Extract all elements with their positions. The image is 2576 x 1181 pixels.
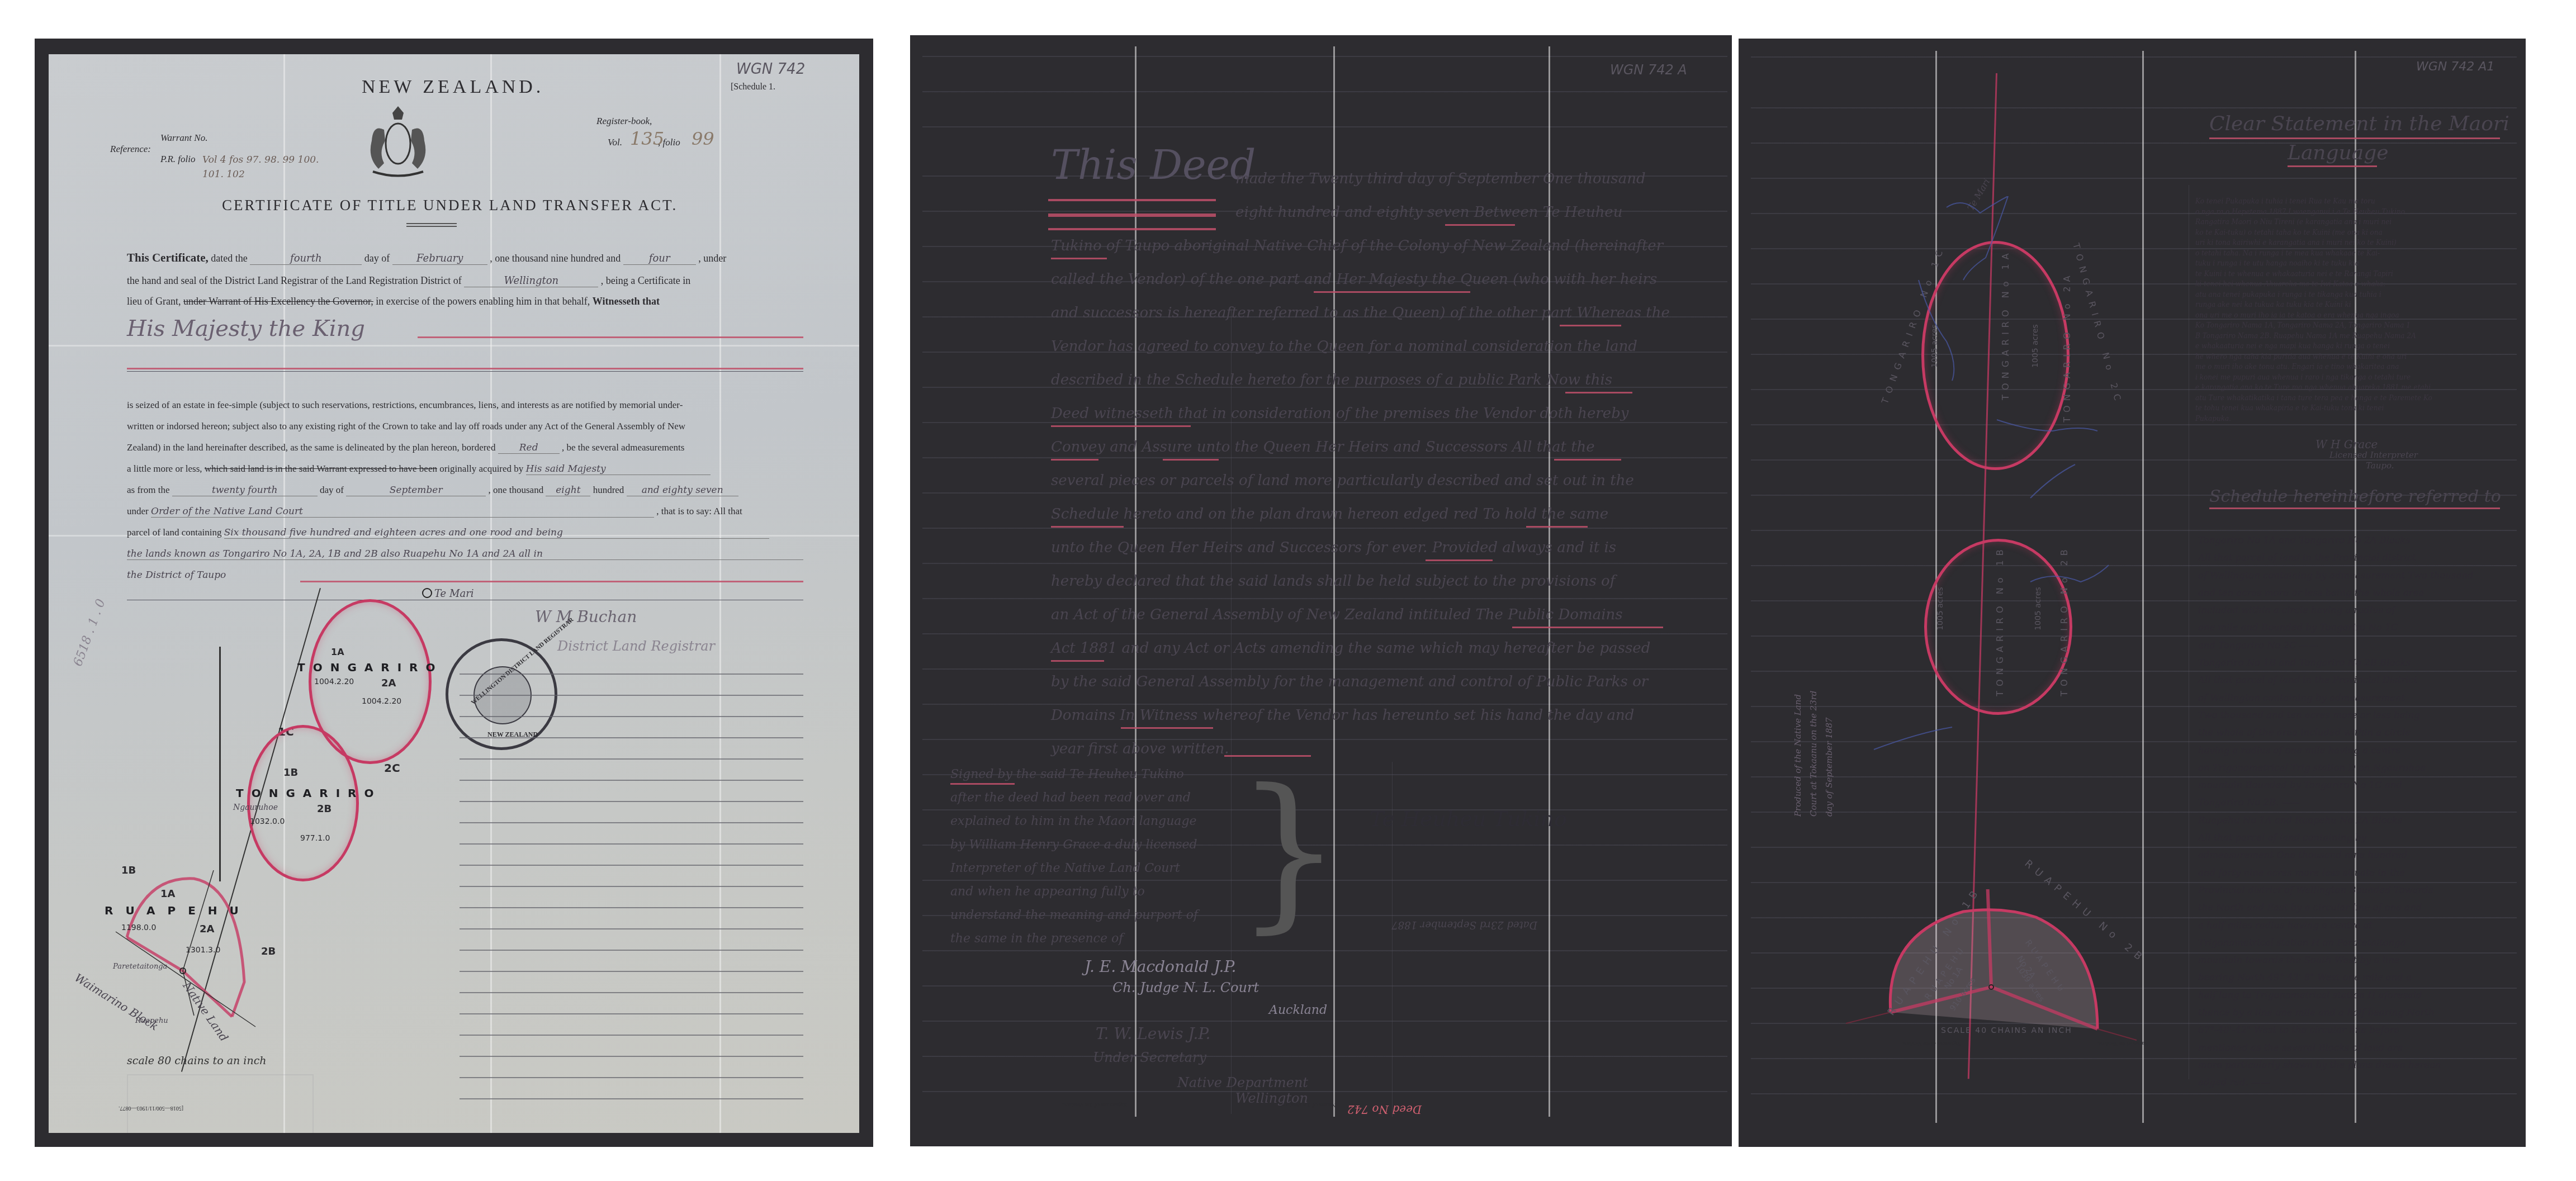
schedule-label: [Schedule 1. (731, 82, 775, 92)
cert-line-3: lieu of Grant, under Warrant of His Exce… (127, 296, 660, 307)
maori-text-block: Ko tenei Pukapuka i tuhia i tenei Rua te… (2195, 196, 2514, 424)
cert-para2-l3: Zealand) in the land hereinafter describ… (127, 442, 684, 454)
area-2b: 977.1.0 (300, 834, 330, 843)
ruapehu-lot-2a: 2A (200, 923, 214, 935)
certificate-title: CERTIFICATE OF TITLE UNDER LAND TRANSFER… (222, 197, 678, 214)
ruapehu-lot-2b: 2B (261, 946, 276, 957)
witness-1-title: Ch. Judge N. L. Court (1112, 980, 1259, 995)
cert-para2-l2: written or indorsed hereon; subject also… (127, 421, 685, 432)
cert-line-1: This Certificate, dated the fourth day o… (127, 251, 726, 265)
deed-line-6: described in the Schedule hereto for the… (1051, 372, 1612, 388)
witness-2-name: T. W. Lewis J.P. (1096, 1025, 1210, 1043)
lot-2a: 2A (381, 677, 396, 689)
schedule-mount: WGN 742 A1 Clear Statement in the Maori … (1739, 39, 2526, 1147)
attestation-line-6: understand the meaning and purport of (950, 908, 1198, 922)
lot-1a: 1A (331, 647, 344, 657)
cert-under: under Order of the Native Land Court , t… (127, 506, 742, 518)
ruapehu-label: RUAPEHU (105, 904, 251, 917)
attestation-line-2: explained to him in the Maori language (950, 814, 1197, 828)
vol-label: Vol. (608, 137, 622, 148)
deed-line-7: Deed witnesseth that in consideration of… (1051, 405, 1629, 422)
area-1b: 1032.0.0 (250, 817, 285, 826)
folio-value: 99 (692, 128, 714, 149)
vendor-signature: Te Heuheu Tukino (1370, 807, 1567, 831)
tongariro-bottom-label: TONGARIRO (236, 786, 382, 800)
deed-line-17: year first above written. (1051, 741, 1229, 757)
north-arrow-icon (219, 647, 221, 881)
coat-of-arms-icon (362, 102, 434, 177)
maori-heading-1: Clear Statement in the Maori (2209, 112, 2509, 135)
interpreter-place: Taupo. (2366, 461, 2394, 471)
deed-heading: This Deed (1051, 141, 1256, 188)
checked-box (127, 1074, 314, 1133)
form-label-signatures: Signatures of the Vendors. (1902, 1040, 1961, 1046)
footer-imprint: [5018—500/11/1903—0877. (119, 1105, 183, 1111)
river-lines (1818, 196, 2131, 839)
cert-parcel-3: the District of Taupo (127, 570, 226, 581)
attestation-line-4: Interpreter of the Native Land Court (950, 861, 1180, 875)
deed-line-13: an Act of the General Assembly of New Ze… (1051, 606, 1623, 623)
deed-line-3: called the Vendor) of the one part and H… (1051, 271, 1657, 288)
schedule-text-block: Tongariro No 1A and Tongariro No 2A Bloc… (2198, 532, 2511, 1092)
attestation-line-5: and when he appearing fully to (950, 885, 1145, 899)
deed-line-5: Vendor has agreed to convey to the Queen… (1051, 338, 1637, 355)
trig-icon (422, 588, 432, 598)
te-mari-label: Te Mari (434, 588, 474, 600)
ruapehu-lot-1b: 1B (121, 865, 136, 876)
certificate-paper: WGN 742 [Schedule 1. NEW ZEALAND. Refere… (49, 54, 859, 1133)
deed-line-16: Domains In Witness whereof the Vendor ha… (1051, 707, 1634, 724)
registrar-title: District Land Registrar (557, 638, 715, 654)
attestation-line-0: Signed by the said Te Heuheu Tukino (950, 767, 1184, 781)
form-label-signatures: Signatures of the Vendors. (1062, 1102, 1127, 1108)
ruapehu-lot-1a: 1A (160, 888, 175, 900)
cert-line-2: the hand and seal of the District Land R… (127, 275, 690, 287)
deed-paper: WGN 742 A This Deed made the Twenty thir… (922, 46, 1727, 1117)
form-label-names: Names of the Vendors. (1280, 1102, 1336, 1108)
deed-line-10: Schedule hereto and on the plan drawn he… (1051, 506, 1608, 523)
inverted-endorsement: Dated 23rd September 1887 (1325, 918, 1537, 931)
cert-as-from: as from the twenty fourth day of Septemb… (127, 485, 738, 496)
deed-line-2: Tukino of Taupo aboriginal Native Chief … (1051, 238, 1663, 254)
plan-scale: scale 80 chains to an inch (127, 1055, 267, 1067)
area-2a: 1004.2.20 (362, 697, 401, 706)
lot-1b: 1B (283, 767, 298, 779)
attestation-line-3: by William Henry Grace a duly licensed (950, 838, 1197, 852)
reference-label: Reference: (110, 144, 151, 155)
side-note-rotated: Produced of the Native Land Court at Tok… (1790, 691, 1837, 817)
registrar-signature: W M Buchan (535, 608, 637, 626)
witness-1-place: Auckland (1269, 1003, 1327, 1017)
register-book-label: Register-book, (596, 116, 652, 127)
deed-line-14: Act 1881 and any Act or Acts amending th… (1051, 640, 1650, 657)
margin-note: 6518 . 1 . 0 (71, 597, 108, 668)
red-deed-stamp: Deed No 742 (1347, 1103, 1422, 1116)
interpreter-signature: W H Grace (2315, 438, 2378, 451)
deed-line-12: hereby declared that the said lands shal… (1051, 573, 1615, 590)
pr-folio-value: Vol 4 fos 97. 98. 99 100. 101. 102 (202, 153, 325, 182)
deed-line-9: several pieces or parcels of land more p… (1051, 472, 1634, 489)
lot-2c: 2C (384, 761, 400, 775)
warrant-label: Warrant No. (160, 132, 207, 144)
reference-mark: WGN 742 A (1610, 62, 1687, 78)
pr-folio-label: P.R. folio (160, 154, 196, 165)
form-label-names: Names of the Vendors. (2097, 1040, 2148, 1046)
ruapehu-area-2a: 1301.3.0 (186, 946, 220, 955)
reference-mark: WGN 742 A1 (2416, 60, 2494, 74)
lot-2b: 2B (317, 803, 332, 815)
endorsement-lines (460, 673, 803, 1104)
ngauruhoe-trig-label: Ngauruhoe (233, 803, 278, 812)
cert-parcel: parcel of land containing Six thousand f… (127, 527, 769, 539)
deed-line-1: eight hundred and eighty seven Between T… (1235, 204, 1623, 221)
witness-2-title: Under Secretary (1093, 1050, 1206, 1065)
deed-mount: WGN 742 A This Deed made the Twenty thir… (910, 35, 1732, 1146)
attestation-line-7: the same in the presence of (950, 932, 1123, 946)
maori-heading-2: Language (2288, 141, 2389, 164)
deed-line-4: and successors is hereafter referred to … (1051, 305, 1670, 321)
map-scale: SCALE 40 CHAINS AN INCH (1941, 1026, 2072, 1035)
attestation-line-1: after the deed had been read over and (950, 791, 1191, 805)
cert-parcel-2: the lands known as Tongariro No 1A, 2A, … (127, 548, 803, 560)
certificate-mount: WGN 742 [Schedule 1. NEW ZEALAND. Refere… (35, 39, 873, 1147)
cert-para2-l4: a little more or less, which said land i… (127, 463, 711, 475)
paretetaitonga-label: Paretetaitonga (113, 962, 167, 971)
cert-para2-l1: is seized of an estate in fee-simple (su… (127, 400, 683, 411)
schedule-heading: Schedule hereinbefore referred to (2209, 487, 2501, 506)
deed-line-15: by the said General Assembly for the man… (1051, 673, 1648, 690)
deed-line-0: made the Twenty third day of September O… (1235, 170, 1646, 187)
schedule-paper: WGN 742 A1 Clear Statement in the Maori … (1751, 51, 2517, 1123)
ruapehu-trig-label: Ruapehu (135, 1017, 168, 1025)
interpreter-title: Licensed Interpreter (2329, 450, 2418, 460)
folio-label: , folio (658, 137, 680, 148)
area-1a: 1004.2.20 (314, 677, 354, 686)
ruapehu-area-1a: 1198.0.0 (121, 923, 156, 932)
deed-line-11: unto the Queen Her Heirs and Successors … (1051, 539, 1616, 556)
reference-mark: WGN 742 (736, 61, 805, 78)
country-heading: NEW ZEALAND. (362, 77, 544, 98)
grantee-name: His Majesty the King (127, 316, 365, 342)
tongariro-top-label: TONGARIRO (297, 661, 443, 674)
deed-line-8: Convey and Assure unto the Queen Her Hei… (1051, 439, 1595, 456)
attestation-brace: } (1235, 767, 1342, 935)
witness-1-name: J. E. Macdonald J.P. (1085, 957, 1236, 976)
